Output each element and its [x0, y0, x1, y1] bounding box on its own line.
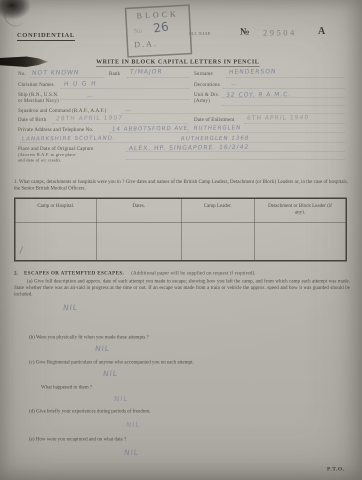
field-capture-label-line3: and date of a/c crash). [18, 158, 61, 163]
camps-table-header-detachment: Detachment or Block Leader (if any). [255, 199, 346, 222]
field-rank-label: Rank [109, 71, 120, 77]
field-address-label: Private Address and Telephone No. [18, 127, 93, 133]
field-underline [223, 89, 345, 90]
field-underline [226, 78, 345, 79]
question-2-heading: ESCAPES OR ATTEMPTED ESCAPES. [24, 271, 124, 277]
field-underline [20, 142, 345, 143]
stamp-no-label: No [133, 27, 142, 35]
answer-2a-nil: NIL [62, 303, 78, 312]
field-no-label: No. [18, 71, 26, 77]
block-stamp: BLOCK No 26 D.A. [125, 4, 193, 57]
field-rank-value: T/MAJOR [130, 68, 163, 75]
field-dob-label: Date of Birth [18, 117, 46, 123]
field-underline [127, 78, 190, 79]
question-2d-text: (d) Give briefly your experiences during… [29, 408, 339, 415]
field-underline [60, 89, 190, 90]
stamp-block-number-handwritten: 26 [152, 19, 169, 35]
field-dob-value: 28TH APRIL 1907 [56, 114, 124, 122]
camps-table-cell [255, 223, 346, 261]
field-underline [244, 123, 345, 124]
camps-table-header-camp: Camp or Hospital. [16, 199, 97, 222]
field-ship-label-line1: Ship (R.N., U.S.N. [18, 92, 58, 98]
field-decorations-value: — [231, 81, 239, 88]
field-underline [60, 100, 190, 101]
field-capture-label-line1: Place and Date of Original Capture [18, 146, 93, 152]
field-underline [126, 151, 345, 152]
question-2e-text: (e) How were you recaptured and on what … [29, 436, 339, 443]
answer-2d-nil: NIL [126, 421, 141, 429]
field-underline [222, 97, 345, 98]
question-2-heading-note: (Additional paper will be supplied on re… [131, 271, 256, 277]
field-unit-label-line2: (Army) [194, 98, 210, 104]
field-squadron-label: Squadron and Command (R.A.F., A.A.F.) [18, 108, 107, 114]
field-surname-value: HENDERSON [229, 68, 277, 75]
field-address-value-line1: 14 ABBOTSFORD AVE, RUTHERGLEN [112, 124, 242, 132]
answer-2e-nil: NIL [123, 448, 139, 457]
field-enlistment-label: Date of Enlistment [194, 117, 234, 123]
camps-table: Camp or Hospital. Dates. Camp Leader. De… [14, 198, 347, 262]
field-underline [52, 123, 189, 124]
question-2b-text: (b) Were you physically fit when you mad… [29, 334, 339, 341]
stamp-da-text: D.A. [134, 40, 158, 50]
field-christian-names-value: HUGH [64, 80, 101, 87]
field-unit-label-line1: Unit & Div. [194, 92, 219, 98]
camps-table-cell [182, 223, 255, 261]
numero-symbol: № [240, 27, 250, 38]
field-underline [109, 133, 345, 134]
series-letter: A [318, 26, 325, 38]
confidential-marking: CONFIDENTIAL [17, 31, 75, 41]
field-address-value-line3: RUTHERGLEN 1368 [181, 135, 250, 142]
field-enlistment-value: 6TH APRIL 1940 [247, 114, 310, 122]
question-2c-followup-text: What happened to them ? [41, 384, 241, 391]
camps-table-header-row: Camp or Hospital. Dates. Camp Leader. De… [16, 199, 346, 223]
question-2-number: 2. [14, 271, 18, 277]
camps-table-empty-row [16, 223, 346, 261]
answer-2c-nil: NIL [102, 369, 118, 378]
pencil-object [0, 56, 48, 67]
question-2c-text: (c) Give Regimental particulars of anyon… [29, 359, 339, 366]
camps-table-header-leader: Camp Leader. [182, 199, 255, 222]
serial-number: 29504 [263, 28, 297, 38]
camps-table-header-dates: Dates. [97, 199, 182, 222]
question-2-heading-row: 2. ESCAPES OR ATTEMPTED ESCAPES. (Additi… [14, 268, 256, 277]
field-capture-label-line2: (Aircrew R.A.F. to give place [18, 152, 76, 157]
form-instruction-title: WRITE IN BLOCK CAPITAL LETTERS IN PENCIL [96, 58, 259, 67]
field-ship-label-line2: or Merchant Navy) [18, 98, 59, 104]
question-1-text: 1. What camps, detachments or hospitals … [14, 179, 348, 192]
form-reference: M.I. 9/JAP. [189, 31, 211, 36]
field-decorations-label: Decorations [194, 82, 220, 88]
scanned-document: CONFIDENTIAL BLOCK No 26 D.A. M.I. 9/JAP… [0, 0, 362, 480]
field-underline [30, 78, 105, 79]
camps-table-cell [16, 223, 97, 261]
question-2a-text: (a) Give full description and approx. da… [14, 278, 350, 298]
field-no-value: NOT KNOWN [32, 69, 80, 76]
form-page: CONFIDENTIAL BLOCK No 26 D.A. M.I. 9/JAP… [0, 0, 362, 480]
answer-2b-nil: NIL [94, 344, 110, 353]
field-underline [222, 105, 345, 106]
field-address-value-line2: LANARKSHIRE SCOTLAND. [22, 135, 116, 142]
field-surname-label: Surname [194, 71, 213, 77]
pto-marking: P.T.O. [327, 466, 345, 472]
field-underline [126, 160, 345, 161]
camps-table-cell [97, 223, 182, 261]
answer-2c-followup-nil: NIL [114, 395, 129, 403]
field-underline [121, 114, 345, 115]
field-christian-names-label: Christian Names [18, 82, 54, 88]
